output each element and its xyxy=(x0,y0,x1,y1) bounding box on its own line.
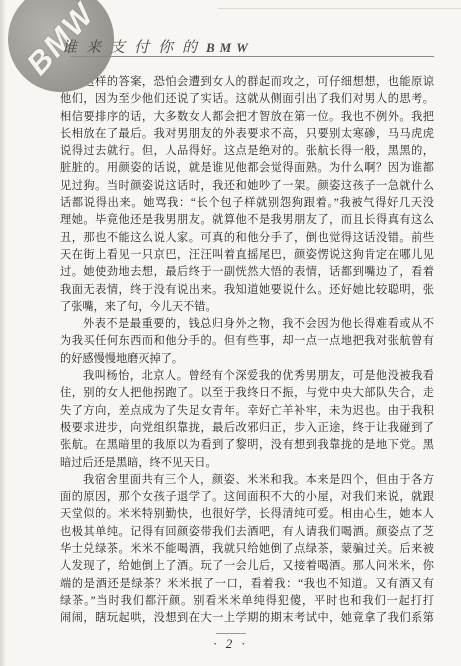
text-line: 过。她使劲地去想，最后终于一副恍然大悟的表情，话都到嘴边了，看着 xyxy=(60,264,434,281)
header-title-cn: 谁来支付你的 xyxy=(62,40,206,56)
text-line: 天在街上看见一只京巴，汪汪叫着直摇尾巴，颜姿愣说这狗肯定在哪儿见 xyxy=(60,247,434,264)
text-line: 话都说得出来。她骂我：“长个包子样就别怨狗跟着。”我被气得好几天没 xyxy=(60,195,434,212)
text-line: 貌。这样的答案，恐怕会遭到女人的群起而攻之，可仔细想想，也能原谅 xyxy=(60,74,434,91)
text-line: 见过狗。当时颜姿说这话时，我还和她吵了一架。颜姿这孩子一急就什么 xyxy=(60,178,434,195)
text-line: 外表不是最重要的，钱总归身外之物，我不会因为他长得难看或从不 xyxy=(60,316,434,333)
text-line: 闹闹，瞎玩起哄，没想到在大一上学期的期末考试中，她竟拿了我们系第 xyxy=(60,610,434,627)
page-header-title: 谁来支付你的BMW xyxy=(62,36,253,57)
text-line: 理她。毕竟他还是我男朋友。就算他不是我男朋友了，而且长得真有这么 xyxy=(60,212,434,229)
text-line: 丑，那也不能这么说人家。可真的和他分手了，倒也觉得这话没错。前些 xyxy=(60,230,434,247)
footer-rule xyxy=(216,633,246,634)
text-line: 绿茶。”当时我们都汗颜。别看米米单纯得犯傻，平时也和我们一起打打 xyxy=(60,593,434,610)
book-page: BMW 谁来支付你的BMW 貌。这样的答案，恐怕会遭到女人的群起而攻之，可仔细想… xyxy=(0,0,461,666)
text-line: 他们，因为至少他们还说了实话。这就从侧面引出了我们对男人的思考。 xyxy=(60,91,434,108)
text-line: 的好感慢慢地磨灭掉了。 xyxy=(60,351,434,368)
page-top-edge-line xyxy=(218,8,461,9)
text-line: 说得过去就行。但，人品得好。这点是绝对的。张航长得一般，黑黑的， xyxy=(60,143,434,160)
text-line: 人发现了，给她倒上了酒。玩了一会儿后，又接着喝酒。那人问米米，你 xyxy=(60,558,434,575)
text-line: 脏脏的。用颜姿的话说，就是谁见他都会觉得面熟。为什么啊？因为谁都 xyxy=(60,160,434,177)
text-line: 端的是酒还是绿茶？米米抿了一口，看着我：“我也不知道。又有酒又有 xyxy=(60,576,434,593)
text-line: 张航。在黑暗里的我原以为看到了黎明，没有想到我靠拢的是地下党。黑 xyxy=(60,437,434,454)
header-underline xyxy=(70,56,434,57)
text-line: 暗过后还是黑暗，终不见天日。 xyxy=(60,455,434,472)
text-line: 面的原因，那个女孩子退学了。这间面积不大的小屋，对我们来说，就跟 xyxy=(60,489,434,506)
text-line: 我叫杨怡，北京人。曾经有个深爱我的优秀男朋友，可是他没被我看 xyxy=(60,368,434,385)
text-line: 也极其单纯。记得有回颜姿带我们去酒吧，有人请我们喝酒。颜姿点了芝 xyxy=(60,524,434,541)
text-line: 为我买任何东西而和他分手的。但有些事，却一点一点地把我对张航曾有 xyxy=(60,333,434,350)
text-line: 了张嘴，来了句，今儿天不错。 xyxy=(60,299,434,316)
text-line: 住，别的女人把他拐跑了。以至于我终日不振，与党中央大部队失合，走 xyxy=(60,385,434,402)
text-line: 失了方向，差点成为了失足女青年。幸好亡羊补牢，未为迟也。由于我积 xyxy=(60,403,434,420)
text-line: 我宿舍里面共有三个人，颜姿、米米和我。本来是四个，但由于各方 xyxy=(60,472,434,489)
body-text: 貌。这样的答案，恐怕会遭到女人的群起而攻之，可仔细想想，也能原谅他们，因为至少他… xyxy=(60,74,434,628)
page-number: · 2 · xyxy=(0,636,461,652)
header-title-en: BMW xyxy=(206,40,253,55)
text-line: 相信要排序的话，大多数女人都会把才智放在第一位。我也不例外。我把 xyxy=(60,109,434,126)
text-line: 极要求进步，向党组织靠拢，最后改邪归正，步入正途，终于让我碰到了 xyxy=(60,420,434,437)
page-left-edge-shadow xyxy=(0,0,6,666)
text-line: 天堂似的。米米特别勤快，也很好学，长得清纯可爱。相由心生，她本人 xyxy=(60,506,434,523)
text-line: 长相放在了最后。我对男朋友的外表要求不高，只要别太寒碜，马马虎虎 xyxy=(60,126,434,143)
text-line: 我面无表情，终于没有说出来。我知道她要说什么。还好她比较聪明，张 xyxy=(60,282,434,299)
text-line: 华士兑绿茶。米米不能喝酒，我就只给她倒了点绿茶，蒙骗过关。后来被 xyxy=(60,541,434,558)
